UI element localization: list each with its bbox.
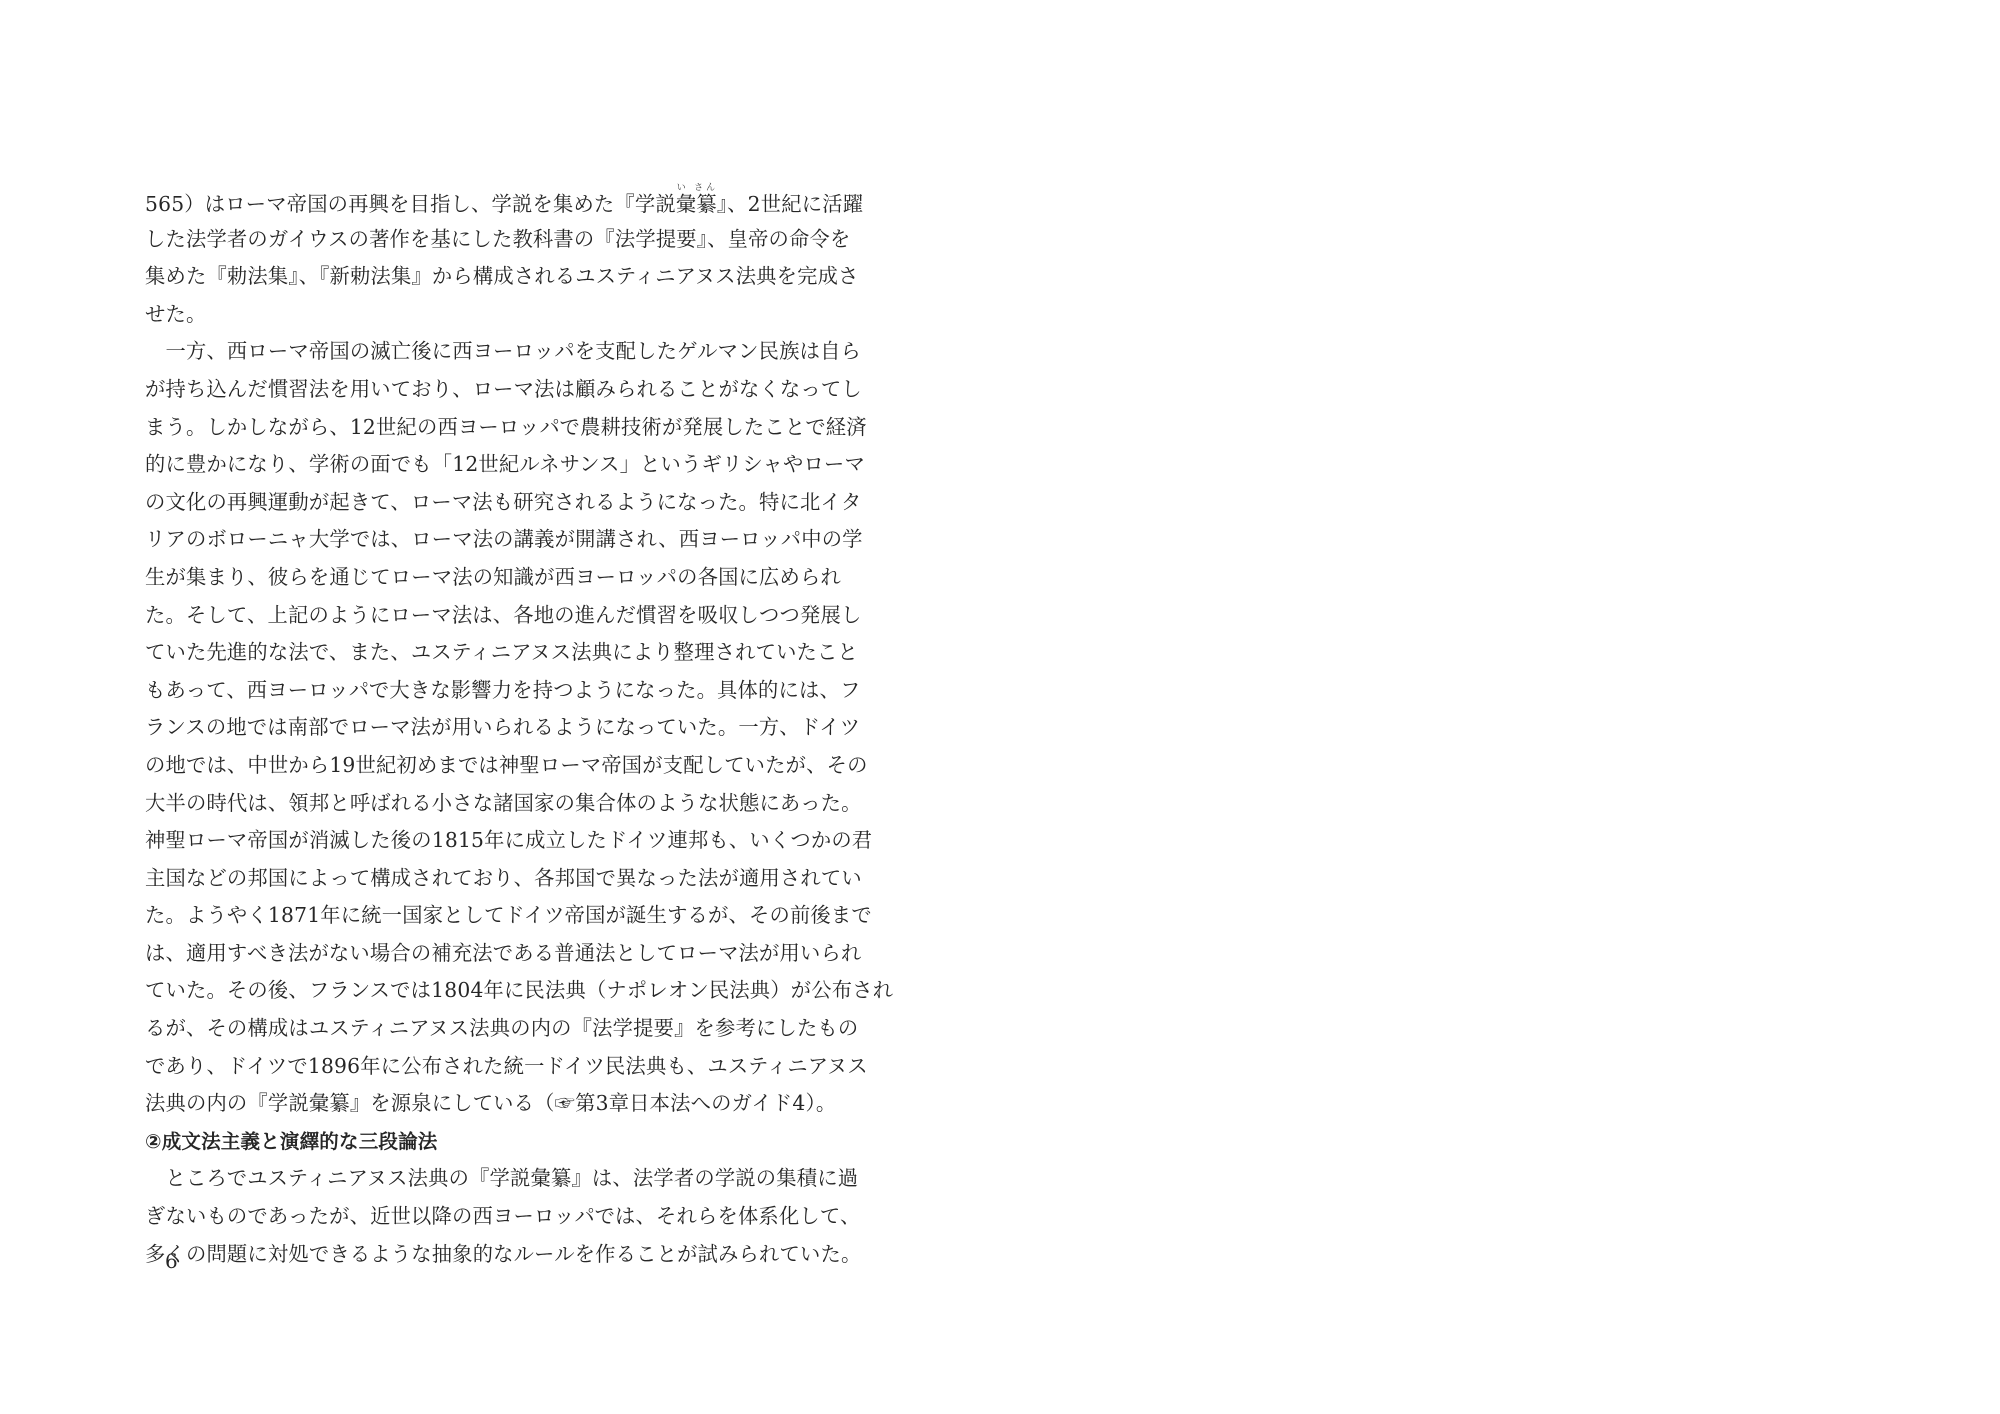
text-line: ランスの地では南部でローマ法が用いられるようになっていた。一方、ドイツ (145, 709, 905, 747)
text-line: であり、ドイツで1896年に公布された統一ドイツ民法典も、ユスティニアヌス (145, 1048, 905, 1086)
text-line: た。そして、上記のようにローマ法は、各地の進んだ慣習を吸収しつつ発展し (145, 597, 905, 635)
text-line: の文化の再興運動が起きて、ローマ法も研究されるようになった。特に北イタ (145, 484, 905, 522)
text-line: ていた。その後、フランスでは1804年に民法典（ナポレオン民法典）が公布され (145, 972, 905, 1010)
text-line: 主国などの邦国によって構成されており、各邦国で異なった法が適用されてい (145, 860, 905, 898)
text-line: の地では、中世から19世紀初めまでは神聖ローマ帝国が支配していたが、その (145, 747, 905, 785)
text-line: 的に豊かになり、学術の面でも「12世紀ルネサンス」というギリシャやローマ (145, 446, 905, 484)
ruby-annotated-word: 彙纂い さん (676, 192, 717, 216)
text-line: ②成文法主義と演繹的な三段論法 (145, 1123, 905, 1161)
text-line: た。ようやく1871年に統一国家としてドイツ帝国が誕生するが、その前後まで (145, 897, 905, 935)
text-line: 565）はローマ帝国の再興を目指し、学説を集めた『学説彙纂い さん』、2世紀に活… (145, 183, 905, 221)
text-line: した法学者のガイウスの著作を基にした教科書の『法学提要』、皇帝の命令を (145, 221, 905, 259)
text-line: が持ち込んだ慣習法を用いており、ローマ法は顧みられることがなくなってし (145, 371, 905, 409)
text-line: せた。 (145, 296, 905, 334)
left-page-body-text: 565）はローマ帝国の再興を目指し、学説を集めた『学説彙纂い さん』、2世紀に活… (145, 183, 905, 1273)
text-line: るが、その構成はユスティニアヌス法典の内の『法学提要』を参考にしたもの (145, 1010, 905, 1048)
text-line: 集めた『勅法集』、『新勅法集』から構成されるユスティニアヌス法典を完成さ (145, 258, 905, 296)
text-line: 法典の内の『学説彙纂』を源泉にしている（☞第3章日本法へのガイド4）。 (145, 1085, 905, 1123)
page-number: 6 (165, 1246, 178, 1276)
text-line: 生が集まり、彼らを通じてローマ法の知識が西ヨーロッパの各国に広められ (145, 559, 905, 597)
text-line: ところでユスティニアヌス法典の『学説彙纂』は、法学者の学説の集積に過 (145, 1160, 905, 1198)
right-page: 執筆者紹介 戒能 通弘 （かいのう みちひろ） 序論、第1章～第2章、第5章～第… (1000, 0, 2000, 1414)
text-line: リアのボローニャ大学では、ローマ法の講義が開講され、西ヨーロッパ中の学 (145, 521, 905, 559)
text-line: もあって、西ヨーロッパで大きな影響力を持つようになった。具体的には、フ (145, 672, 905, 710)
text-line: 多くの問題に対処できるような抽象的なルールを作ることが試みられていた。 (145, 1236, 905, 1274)
text-line: 神聖ローマ帝国が消滅した後の1815年に成立したドイツ連邦も、いくつかの君 (145, 822, 905, 860)
text-line: まう。しかしながら、12世紀の西ヨーロッパで農耕技術が発展したことで経済 (145, 409, 905, 447)
text-line: 大半の時代は、領邦と呼ばれる小さな諸国家の集合体のような状態にあった。 (145, 785, 905, 823)
text-line: ていた先進的な法で、また、ユスティニアヌス法典により整理されていたこと (145, 634, 905, 672)
left-page: 565）はローマ帝国の再興を目指し、学説を集めた『学説彙纂い さん』、2世紀に活… (0, 0, 1000, 1414)
text-line: は、適用すべき法がない場合の補充法である普通法としてローマ法が用いられ (145, 935, 905, 973)
text-line: 一方、西ローマ帝国の滅亡後に西ヨーロッパを支配したゲルマン民族は自ら (145, 333, 905, 371)
text-line: ぎないものであったが、近世以降の西ヨーロッパでは、それらを体系化して、 (145, 1198, 905, 1236)
